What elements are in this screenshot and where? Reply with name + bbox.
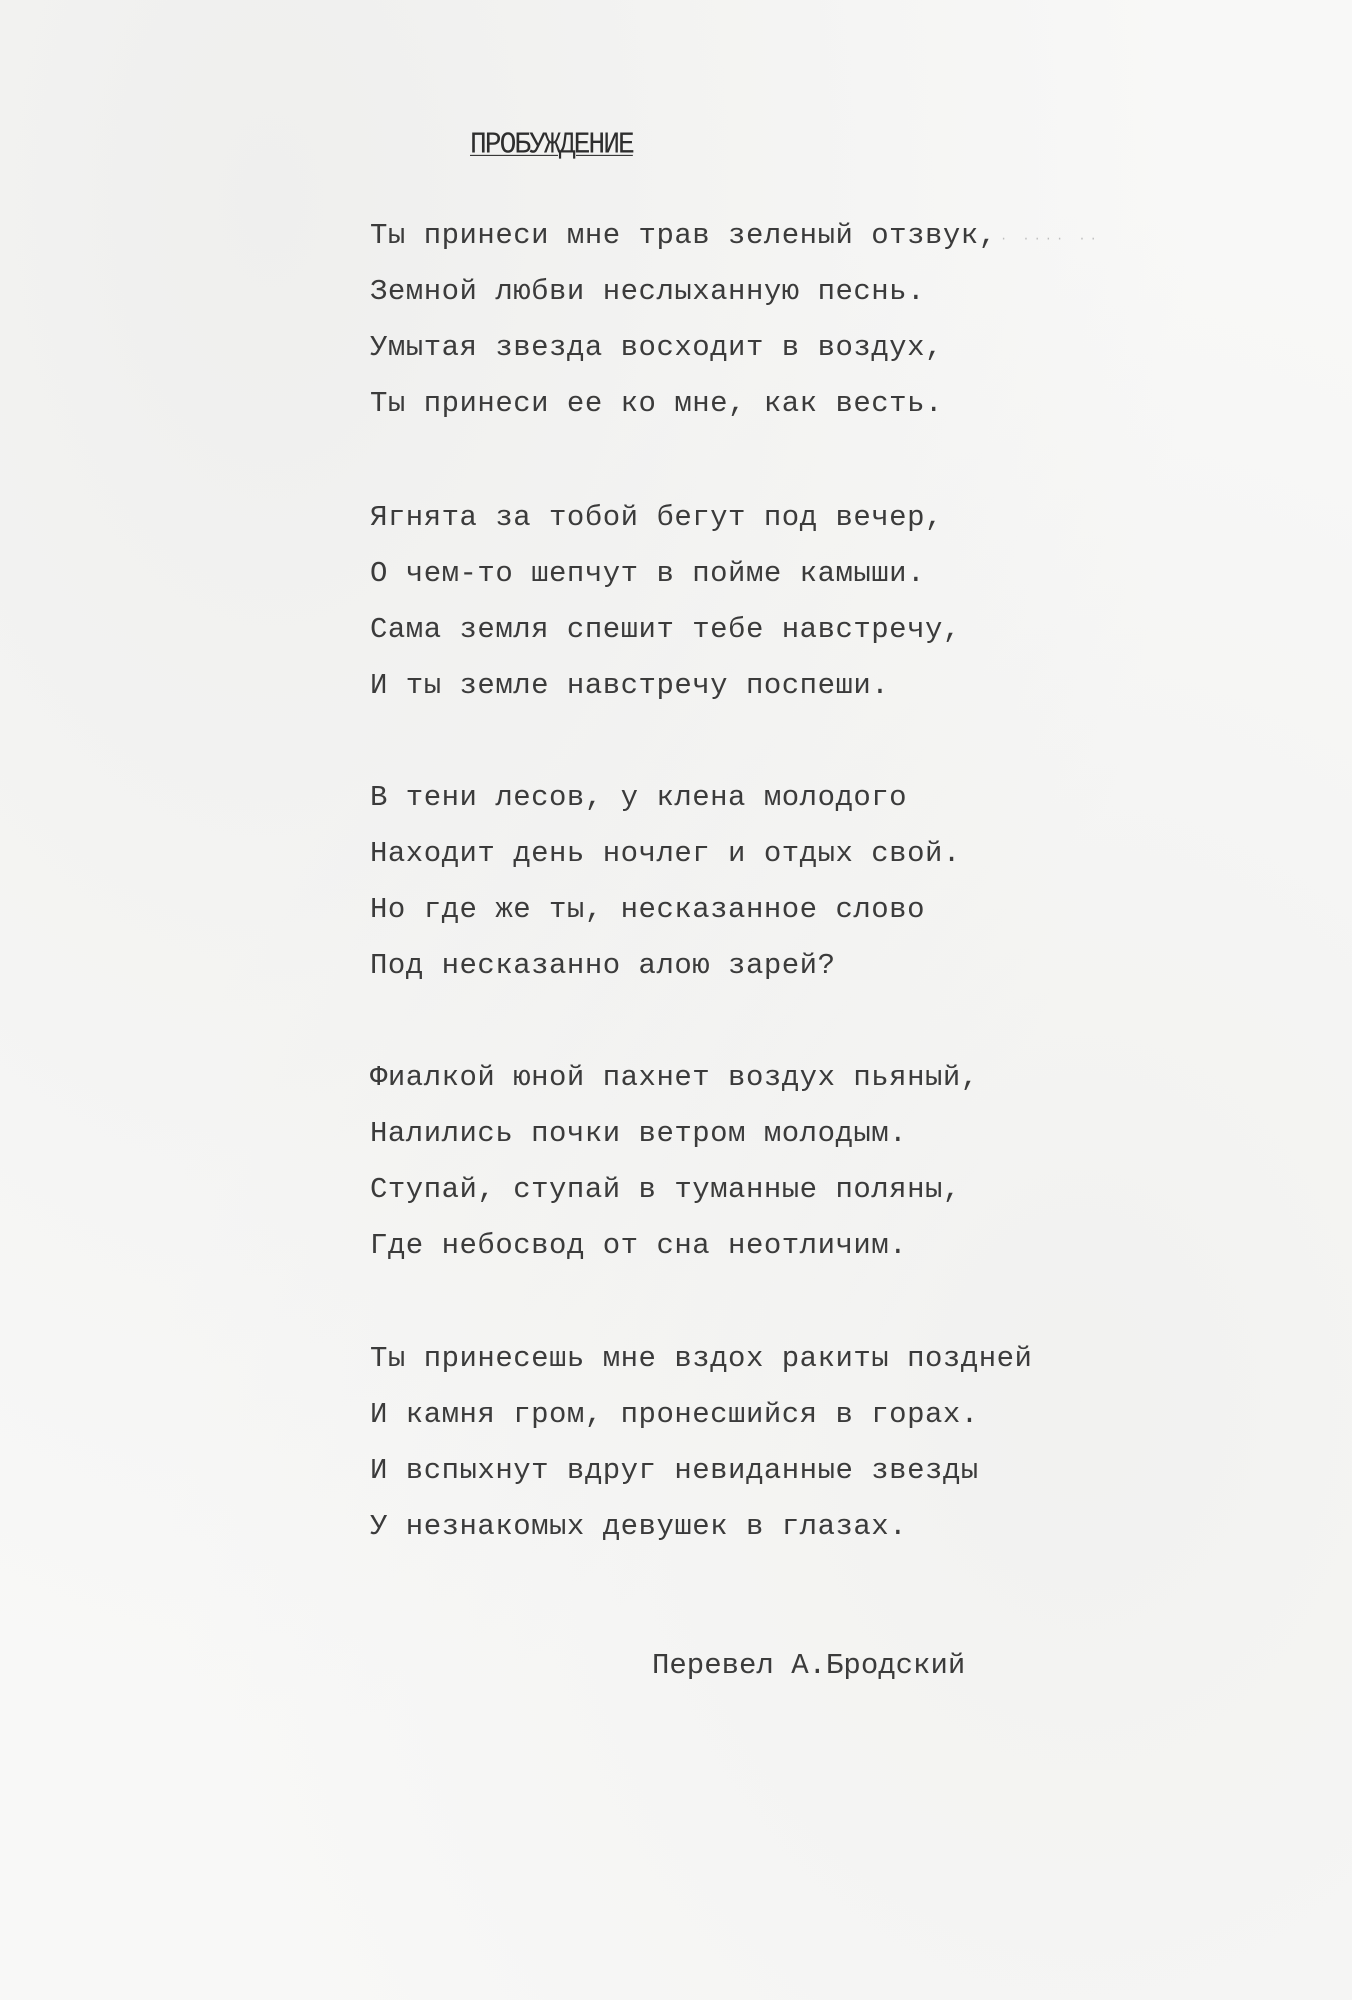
stanza-1: Ты принеси мне трав зеленый отзвук, Земн…: [370, 208, 997, 432]
poem-line: Налились почки ветром молодым.: [370, 1106, 979, 1162]
poem-line: Но где же ты, несказанное слово: [370, 882, 961, 938]
poem-line: Умытая звезда восходит в воздух,: [370, 320, 997, 376]
poem-line: Находит день ночлег и отдых свой.: [370, 826, 961, 882]
poem-line: Фиалкой юной пахнет воздух пьяный,: [370, 1050, 979, 1106]
poem-line: О чем-то шепчут в пойме камыши.: [370, 546, 961, 602]
stanza-5: Ты принесешь мне вздох ракиты поздней И …: [370, 1331, 1032, 1555]
poem-line: В тени лесов, у клена молодого: [370, 770, 961, 826]
stanza-2: Ягнята за тобой бегут под вечер, О чем-т…: [370, 490, 961, 714]
poem-line: Ты принеси мне трав зеленый отзвук,: [370, 208, 997, 264]
poem-line: И ты земле навстречу поспеши.: [370, 658, 961, 714]
poem-line: Земной любви неслыханную песнь.: [370, 264, 997, 320]
stanza-4: Фиалкой юной пахнет воздух пьяный, Налил…: [370, 1050, 979, 1274]
stanza-3: В тени лесов, у клена молодого Находит д…: [370, 770, 961, 994]
poem-line: Ягнята за тобой бегут под вечер,: [370, 490, 961, 546]
poem-line: Где небосвод от сна неотличим.: [370, 1218, 979, 1274]
translator-signature: Перевел А.Бродский: [652, 1638, 965, 1694]
poem-line: И вспыхнут вдруг невиданные звезды: [370, 1443, 1032, 1499]
poem-line: Под несказанно алою зарей?: [370, 938, 961, 994]
poem-line: У незнакомых девушек в глазах.: [370, 1499, 1032, 1555]
poem-line: Ты принесешь мне вздох ракиты поздней: [370, 1331, 1032, 1387]
poem-title: ПРОБУЖДЕНИЕ: [470, 128, 633, 162]
poem-line: Ступай, ступай в туманные поляны,: [370, 1162, 979, 1218]
poem-line: Ты принеси ее ко мне, как весть.: [370, 376, 997, 432]
poem-line: И камня гром, пронесшийся в горах.: [370, 1387, 1032, 1443]
poem-line: Сама земля спешит тебе навстречу,: [370, 602, 961, 658]
margin-smudge: · ···· ··: [1000, 232, 1101, 246]
